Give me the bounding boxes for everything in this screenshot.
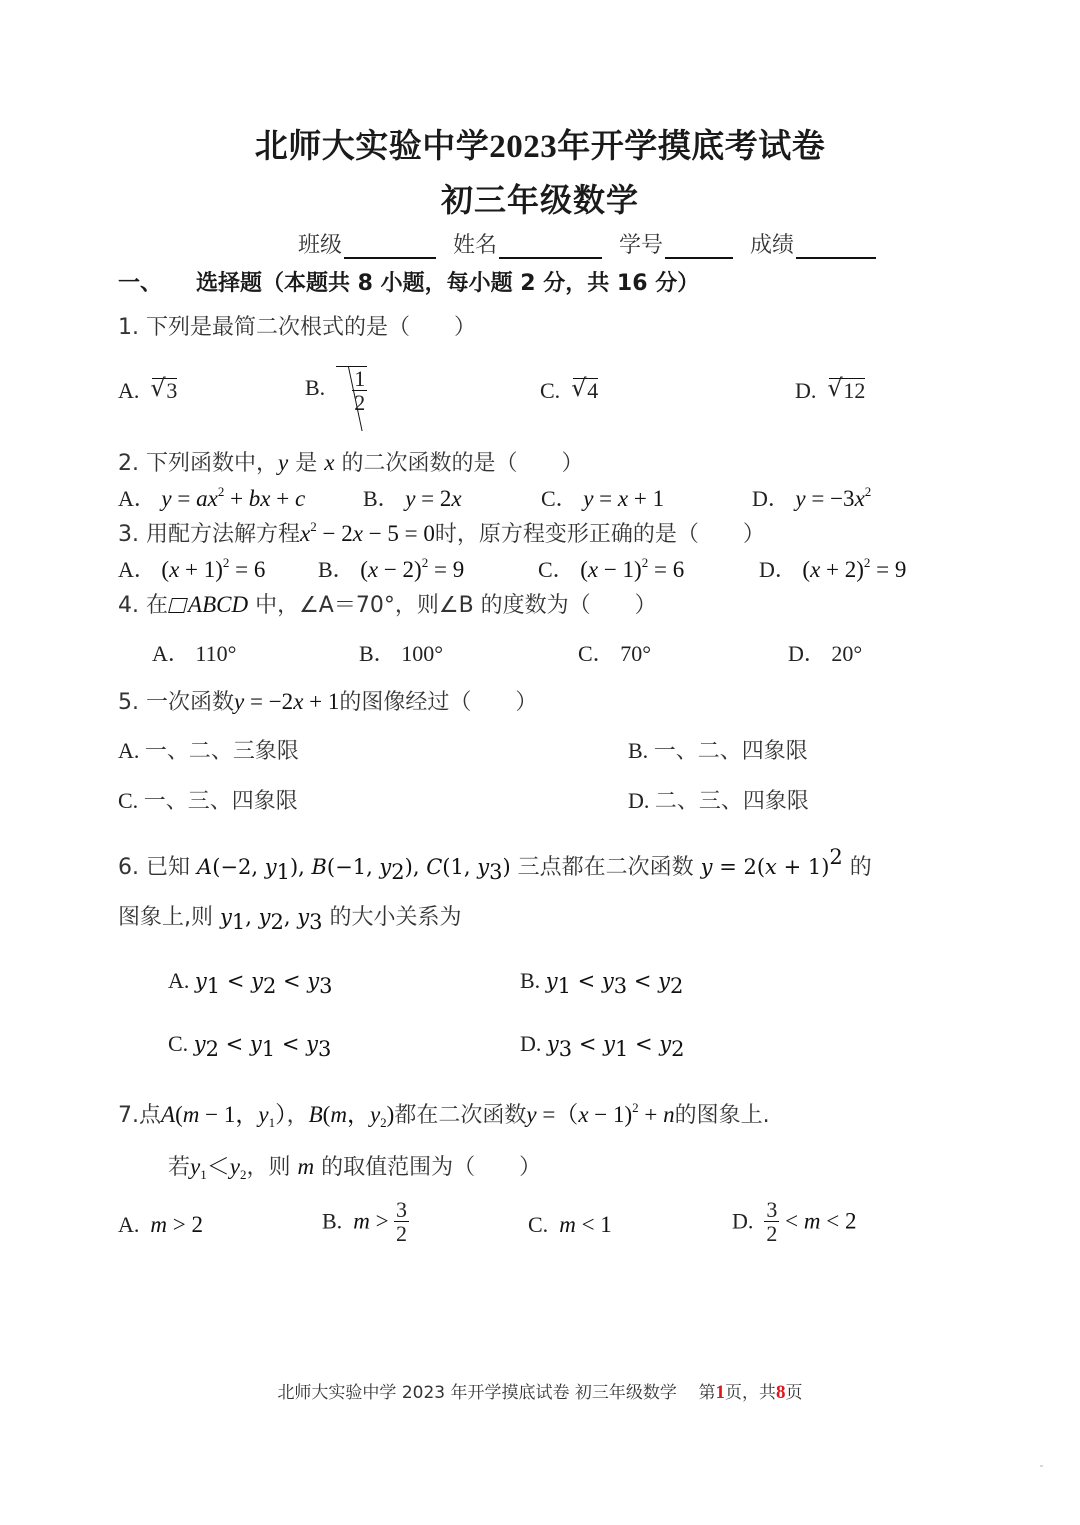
question-4-option-b[interactable]: B． 100°: [359, 637, 443, 668]
sqrt-icon: 12: [829, 378, 865, 403]
current-page-number: 1: [716, 1382, 726, 1403]
question-6-option-b[interactable]: B. y1 < y3 < y2: [520, 968, 683, 994]
title-exam: 年开学摸底考试卷: [557, 126, 825, 165]
field-class: 班级: [298, 228, 436, 259]
section-title: 选择题（本题共 8 小题，每小题 2 分，共 16 分）: [196, 271, 699, 296]
student-info-row: 班级 姓名 学号 成绩: [298, 228, 886, 259]
section-header: 一、选择题（本题共 8 小题，每小题 2 分，共 16 分）: [118, 266, 699, 297]
question-5-option-b[interactable]: B. 一、二、四象限: [628, 734, 808, 765]
name-blank[interactable]: [499, 235, 602, 259]
scan-artifact-mark: [1040, 1465, 1043, 1467]
question-6-stem-line2: 图象上,则 y1, y2, y3 的大小关系为: [118, 900, 461, 931]
question-5-option-c[interactable]: C. 一、三、四象限: [118, 784, 298, 815]
question-1-option-d[interactable]: D. 12: [795, 378, 865, 404]
question-4-option-d[interactable]: D． 20°: [788, 637, 862, 668]
question-7-stem: 7.点A(m − 1，y1），B(m，y2)都在二次函数y =（x − 1)2 …: [118, 1096, 770, 1129]
question-6-option-c[interactable]: C. y2 < y1 < y3: [168, 1031, 331, 1057]
question-4-stem: 4. 在ABCD 中，∠A＝70°，则∠B 的度数为（ ）: [118, 588, 657, 619]
question-5-option-d[interactable]: D. 二、三、四象限: [628, 784, 809, 815]
question-1-stem: 1. 下列是最简二次根式的是（ ）: [118, 310, 476, 341]
page-subtitle: 初三年级数学: [0, 175, 1080, 221]
fraction: 32: [764, 1198, 779, 1245]
field-score: 成绩: [750, 228, 876, 259]
fraction: 12: [352, 367, 367, 414]
question-6-option-a[interactable]: A. y1 < y2 < y3: [168, 968, 333, 994]
question-2-option-c[interactable]: C． y = x + 1: [541, 482, 664, 513]
field-student-id: 学号: [619, 228, 733, 259]
score-blank[interactable]: [796, 235, 876, 259]
question-7-option-d[interactable]: D. 32 < m < 2: [732, 1198, 856, 1245]
question-3-option-a[interactable]: A． (x + 1)2 = 6: [118, 553, 265, 584]
question-3-option-b[interactable]: B． (x − 2)2 = 9: [318, 553, 464, 584]
question-2-stem: 2. 下列函数中，y 是 x 的二次函数的是（ ）: [118, 446, 583, 477]
title-year: 2023: [489, 129, 557, 165]
field-name: 姓名: [453, 228, 602, 259]
question-1-option-b[interactable]: B. 12: [305, 362, 367, 414]
title-school: 北师大实验中学: [255, 126, 490, 165]
question-7-option-b[interactable]: B. m > 32: [322, 1198, 409, 1245]
question-2-option-d[interactable]: D． y = −3x2: [752, 482, 871, 513]
question-3-option-c[interactable]: C． (x − 1)2 = 6: [538, 553, 684, 584]
question-5-stem: 5. 一次函数y = −2x + 1的图像经过（ ）: [118, 685, 537, 716]
fraction: 32: [394, 1198, 409, 1245]
student-id-blank[interactable]: [665, 235, 733, 259]
question-7-option-c[interactable]: C. m < 1: [528, 1212, 612, 1238]
question-1-option-a[interactable]: A. 3: [118, 378, 177, 404]
sqrt-icon: 4: [573, 378, 598, 403]
sqrt-icon: 12: [336, 366, 367, 414]
question-5-option-a[interactable]: A. 一、二、三象限: [118, 734, 299, 765]
question-4-option-c[interactable]: C． 70°: [578, 637, 651, 668]
sqrt-icon: 3: [152, 378, 177, 403]
question-7-stem-line2: 若y1＜y2，则 m 的取值范围为（ ）: [168, 1148, 541, 1181]
question-1-option-c[interactable]: C. 4: [540, 378, 598, 404]
question-3-stem: 3. 用配方法解方程x2 − 2x − 5 = 0时，原方程变形正确的是（ ）: [118, 517, 765, 548]
page-footer: 北师大实验中学 2023 年开学摸底试卷 初三年级数学 第1页，共8页: [0, 1378, 1080, 1404]
question-7-option-a[interactable]: A. m > 2: [118, 1212, 203, 1238]
question-6-stem: 6. 已知 A(−2, y1), B(−1, y2), C(1, y3) 三点都…: [118, 850, 872, 881]
total-pages-number: 8: [776, 1382, 786, 1403]
footer-text: 北师大实验中学 2023 年开学摸底试卷 初三年级数学: [277, 1383, 676, 1403]
question-3-option-d[interactable]: D． (x + 2)2 = 9: [759, 553, 906, 584]
class-blank[interactable]: [344, 235, 436, 259]
question-4-option-a[interactable]: A． 110°: [152, 637, 236, 668]
page-title: 北师大实验中学2023年开学摸底考试卷: [0, 120, 1080, 167]
question-6-option-d[interactable]: D. y3 < y1 < y2: [520, 1031, 685, 1057]
parallelogram-icon: [168, 598, 188, 613]
question-2-option-a[interactable]: A． y = ax2 + bx + c: [118, 482, 305, 513]
section-number: 一、: [118, 271, 162, 296]
question-2-option-b[interactable]: B． y = 2x: [363, 482, 462, 513]
